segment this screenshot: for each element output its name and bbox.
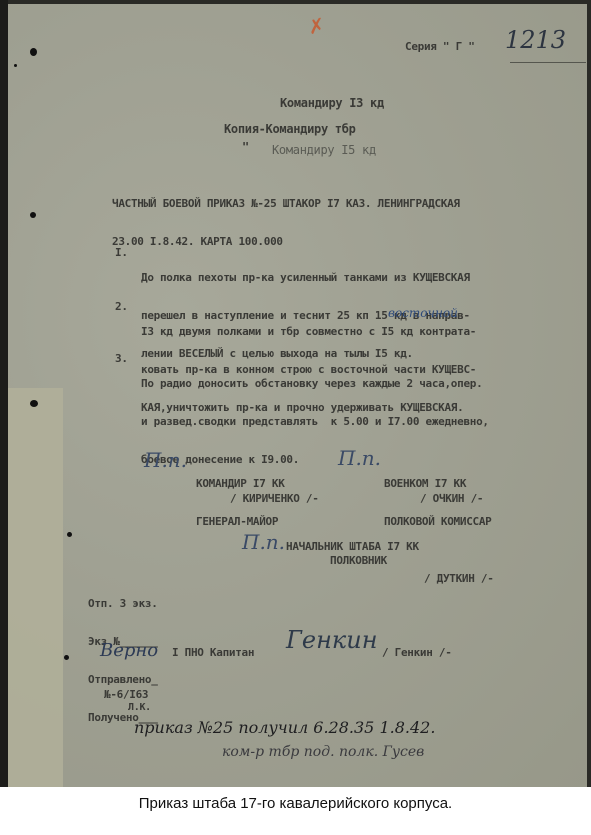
item-line: I3 кд двумя полками и тбр совместно с I5… bbox=[141, 326, 476, 338]
speck-icon bbox=[14, 64, 17, 67]
commander-name: / КИРИЧЕНКО /- bbox=[230, 492, 319, 505]
copies-count: Отп. 3 экз. bbox=[88, 598, 158, 610]
verifier-signature: Генкин bbox=[286, 626, 378, 654]
punch-hole-icon bbox=[30, 400, 38, 407]
addressee-copy-2: Командиру I5 кд bbox=[272, 143, 376, 157]
item-line: По радио доносить обстановку через кажды… bbox=[141, 378, 489, 390]
chief-rank: ПОЛКОВНИК bbox=[330, 554, 387, 567]
sent-field: Отправлено_ bbox=[88, 674, 158, 686]
item-line: и развед.сводки представлять к 5.00 и I7… bbox=[141, 416, 489, 428]
order-item-2: 2. I3 кд двумя полками и тбр совместно с… bbox=[115, 300, 140, 352]
chief-pp-mark: П.п. bbox=[242, 530, 285, 554]
order-title: ЧАСТНЫЙ БОЕВОЙ ПРИКАЗ №-25 ШТАКОР I7 КАЗ… bbox=[112, 198, 460, 210]
verified-handwritten: Верно bbox=[100, 640, 158, 661]
commissar-name: / ОЧКИН /- bbox=[420, 492, 483, 505]
reference-number: №-6/I63 bbox=[104, 688, 148, 701]
scan-edge-left bbox=[0, 0, 8, 787]
punch-hole-icon bbox=[30, 48, 37, 56]
series-number-handwritten: 1213 bbox=[505, 26, 566, 54]
red-check-mark: ✗ bbox=[306, 13, 327, 40]
ditto-mark: " bbox=[242, 140, 249, 154]
verifier-name: / Генкин /- bbox=[382, 646, 452, 659]
verifier-role: I ПНО Капитан bbox=[172, 646, 254, 659]
reference-initials: Л.К. bbox=[128, 702, 151, 713]
order-item-3: 3. По радио доносить обстановку через ка… bbox=[115, 352, 140, 404]
punch-hole-icon bbox=[67, 532, 72, 537]
commander-pp-mark: П.п. bbox=[144, 448, 187, 472]
handwritten-receipt-note: приказ №25 получил 6.28.35 1.8.42. bbox=[134, 718, 435, 737]
handwritten-commander-note: ком-р тбр под. полк. Гусев bbox=[222, 744, 424, 760]
commander-rank: ГЕНЕРАЛ-МАЙОР bbox=[196, 516, 285, 528]
item-number: 3. bbox=[115, 352, 128, 365]
scan-edge-right bbox=[587, 0, 591, 787]
item-number: 2. bbox=[115, 300, 128, 313]
item-number: I. bbox=[115, 246, 128, 259]
chief-name: / ДУТКИН /- bbox=[424, 572, 494, 585]
commissar-pp-mark: П.п. bbox=[338, 446, 381, 470]
handwritten-insert: восточной bbox=[388, 306, 458, 320]
commander-title: КОМАНДИР I7 КК bbox=[196, 478, 285, 490]
punch-hole-icon bbox=[30, 212, 36, 218]
commissar-title: ВОЕНКОМ I7 КК bbox=[384, 478, 491, 490]
item-line: До полка пехоты пр-ка усиленный танками … bbox=[141, 272, 470, 284]
document-scan: ✗ Серия " Г " 1213 Командиру I3 кд Копия… bbox=[0, 0, 591, 787]
paper-binding-strip bbox=[8, 388, 63, 787]
scan-edge-top bbox=[0, 0, 591, 4]
series-underline bbox=[510, 62, 586, 63]
punch-hole-icon bbox=[64, 655, 69, 660]
series-label: Серия " Г " bbox=[405, 40, 475, 53]
addressee-copy-1: Копия-Командиру тбр bbox=[224, 122, 356, 136]
addressee-main: Командиру I3 кд bbox=[280, 96, 384, 110]
chief-title: НАЧАЛЬНИК ШТАБА I7 КК bbox=[286, 540, 419, 553]
commissar-rank: ПОЛКОВОЙ КОМИССАР bbox=[384, 516, 491, 528]
image-caption: Приказ штаба 17-го кавалерийского корпус… bbox=[0, 795, 591, 812]
order-item-1: I. До полка пехоты пр-ка усиленный танка… bbox=[115, 246, 140, 298]
